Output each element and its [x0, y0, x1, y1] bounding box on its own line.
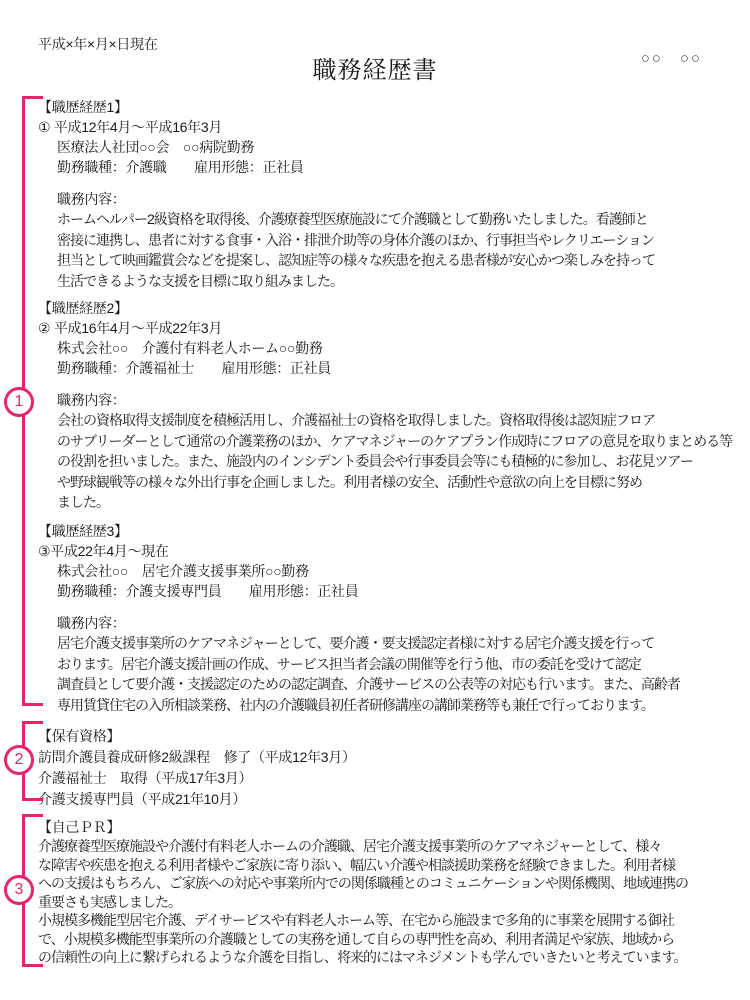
career-1-period: ① 平成12年4月～平成16年3月 [38, 117, 728, 137]
career-2-employer: 株式会社○○ 介護付有料老人ホーム○○勤務 [38, 338, 728, 358]
qualification-item: 介護福祉士 取得（平成17年3月） [38, 768, 728, 789]
career-3-employer: 株式会社○○ 居宅介護支援事業所○○勤務 [38, 561, 728, 581]
career-section-1: 【職歴経歴1】 ① 平成12年4月～平成16年3月 医療法人社団○○会 ○○病院… [38, 97, 728, 291]
qualification-item: 介護支援専門員（平成21年10月） [38, 789, 728, 810]
self-pr-heading: 【自己ＰＲ】 [38, 817, 738, 837]
career-3-period: ③平成22年4月～現在 [38, 541, 728, 561]
career-2-duty-label: 職務内容： [38, 390, 728, 410]
career-1-duty-text: ホームヘルパー2級資格を取得後、介護療養型医療施設にて介護職として勤務いたしまし… [38, 209, 728, 291]
career-1-heading: 【職歴経歴1】 [38, 97, 728, 117]
career-3-duty-label: 職務内容： [38, 613, 728, 633]
career-2-heading: 【職歴経歴2】 [38, 298, 728, 318]
career-section-2: 【職歴経歴2】 ② 平成16年4月～平成22年3月 株式会社○○ 介護付有料老人… [38, 298, 728, 513]
annotation-marker-2-label: 2 [15, 752, 24, 768]
career-1-job-type: 勤務職種：介護職 雇用形態：正社員 [38, 157, 728, 177]
annotation-marker-1-label: 1 [15, 394, 24, 410]
career-3-duty-text: 居宅介護支援事業所のケアマネジャーとして、要介護・要支援認定者様に対する居宅介護… [38, 633, 728, 715]
applicant-name: ○○ ○○ [641, 47, 702, 68]
annotation-marker-2: 2 [4, 745, 34, 775]
career-2-duty-text: 会社の資格取得支援制度を積極活用し、介護福祉士の資格を取得しました。資格取得後は… [38, 410, 728, 513]
qualifications-section: 【保有資格】 訪問介護員養成研修2級課程 修了（平成12年3月） 介護福祉士 取… [38, 726, 728, 810]
annotation-marker-1: 1 [4, 387, 34, 417]
career-1-duty-label: 職務内容： [38, 189, 728, 209]
career-3-job-type: 勤務職種：介護支援専門員 雇用形態：正社員 [38, 581, 728, 601]
annotation-marker-3-label: 3 [15, 882, 24, 898]
career-2-job-type: 勤務職種：介護福祉士 雇用形態：正社員 [38, 358, 728, 378]
page-title: 職務経歴書 [0, 50, 750, 85]
career-1-employer: 医療法人社団○○会 ○○病院勤務 [38, 137, 728, 157]
self-pr-paragraph-2: 小規模多機能型居宅介護、デイサービスや有料老人ホーム等、在宅から施設まで多角的に… [38, 911, 738, 967]
self-pr-paragraph-1: 介護療養型医療施設や介護付有料老人ホームの介護職、居宅介護支援事業所のケアマネジ… [38, 837, 738, 911]
career-2-period: ② 平成16年4月～平成22年3月 [38, 318, 728, 338]
qualifications-heading: 【保有資格】 [38, 726, 728, 747]
career-3-heading: 【職歴経歴3】 [38, 521, 728, 541]
annotation-marker-3: 3 [4, 875, 34, 905]
qualification-item: 訪問介護員養成研修2級課程 修了（平成12年3月） [38, 747, 728, 768]
career-section-3: 【職歴経歴3】 ③平成22年4月～現在 株式会社○○ 居宅介護支援事業所○○勤務… [38, 521, 728, 715]
self-pr-section: 【自己ＰＲ】 介護療養型医療施設や介護付有料老人ホームの介護職、居宅介護支援事業… [38, 817, 738, 967]
